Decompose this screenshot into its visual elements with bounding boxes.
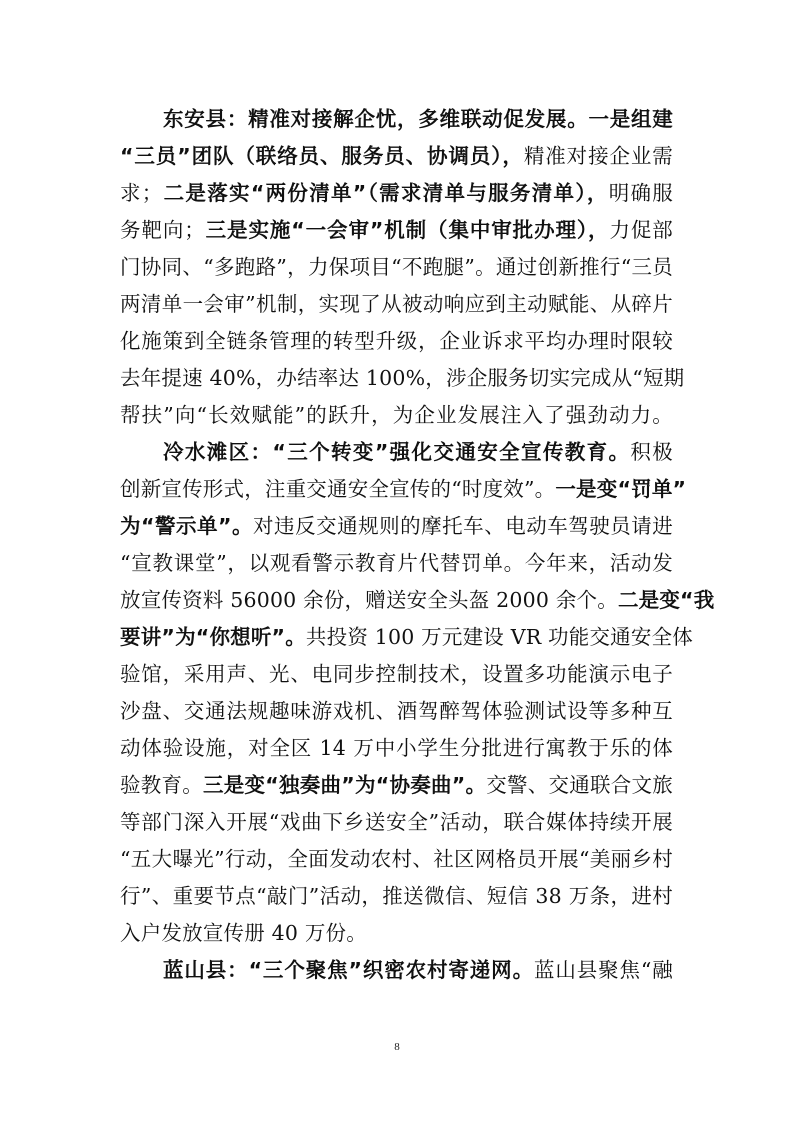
paragraph-2-line-11: 等部门深入开展“戏曲下乡送安全”活动，联合媒体持续开展 [120,804,673,841]
body-text: 化施策到全链条管理的转型升级，企业诉求平均办理时限较 [120,329,673,353]
document-page: 东安县：精准对接解企忧，多维联动促发展。一是组建 “三员”团队（联络员、服务员、… [0,0,793,1122]
paragraph-1-line-1: 东安县：精准对接解企忧，多维联动促发展。一是组建 [163,101,673,138]
body-text: “五大曝光”行动，全面发动农村、社区网格员开展“美丽乡村 [120,847,673,871]
bold-text: 一是变“罚单” [555,477,686,501]
bold-text: 为“警示单”。 [120,514,253,538]
body-text: 动体验设施，对全区 14 万中小学生分批进行寓教于乐的体 [120,736,673,760]
body-text: 对违反交通规则的摩托车、电动车驾驶员请进 [253,514,673,538]
paragraph-2-line-5: 放宣传资料 56000 余份，赠送安全头盔 2000 余个。二是变“我 [120,582,673,619]
paragraph-3-line-1: 蓝山县：“三个聚焦”织密农村寄递网。蓝山县聚焦“融 [163,952,673,989]
bold-text: “三个聚焦”织密农村寄递网。 [249,958,534,982]
bold-text: “三员”团队（联络员、服务员、协调员）， [120,144,524,168]
body-text: 明确服 [609,181,673,205]
body-text: 放宣传资料 56000 余份，赠送安全头盔 2000 余个。 [120,588,618,612]
body-text: 去年提速 40%，办结率达 100%，涉企服务切实完成从“短期 [120,366,684,390]
body-text: 门协同、“多跑路”，力保项目“不跑腿”。通过创新推行“三员 [120,255,673,279]
paragraph-2-line-8: 沙盘、交通法规趣味游戏机、酒驾醉驾体验测试设等多种互 [120,693,673,730]
body-text: 帮扶”向“长效赋能”的跃升，为企业发展注入了强劲动力。 [120,403,673,427]
paragraph-2-line-6: 要讲”为“你想听”。共投资 100 万元建设 VR 功能交通安全体 [120,619,673,656]
body-text: “宣教课堂”，以观看警示教育片代替罚单。今年来，活动发 [120,551,673,575]
paragraph-2-line-1: 冷水滩区：“三个转变”强化交通安全宣传教育。积极 [163,434,673,471]
paragraph-1-line-3: 求；二是落实“两份清单”（需求清单与服务清单），明确服 [120,175,673,212]
bold-text: 三是变“独奏曲”为“协奏曲”。 [203,773,486,797]
paragraph-1-line-5: 门协同、“多跑路”，力保项目“不跑腿”。通过创新推行“三员 [120,249,673,286]
body-text: 入户发放宣传册 40 万份。 [120,921,367,945]
body-text: 两清单一会审”机制，实现了从被动响应到主动赋能、从碎片 [120,292,673,316]
body-text: 共投资 100 万元建设 VR 功能交通安全体 [306,625,693,649]
body-text: 验馆，采用声、光、电同步控制技术，设置多功能演示电子 [120,662,673,686]
body-text: 行”、重要节点“敲门”活动，推送微信、短信 38 万条，进村 [120,884,673,908]
body-text: 蓝山县聚焦“融 [534,958,673,982]
body-text: 积极 [630,440,673,464]
paragraph-1-line-7: 化施策到全链条管理的转型升级，企业诉求平均办理时限较 [120,323,673,360]
body-text: 精准对接企业需 [524,144,673,168]
paragraph-2-line-3: 为“警示单”。对违反交通规则的摩托车、电动车驾驶员请进 [120,508,673,545]
bold-text: 精准对接解企忧，多维联动促发展。一是组建 [248,107,673,131]
paragraph-2-line-12: “五大曝光”行动，全面发动农村、社区网格员开展“美丽乡村 [120,841,673,878]
section-heading-lanshan: 蓝山县： [163,958,249,982]
body-text: 等部门深入开展“戏曲下乡送安全”活动，联合媒体持续开展 [120,810,673,834]
section-heading-lengshuitan: 冷水滩区： [163,440,272,464]
page-number: 8 [386,1041,408,1053]
body-text: 务靶向； [120,218,205,242]
section-heading-dongan: 东安县： [163,107,248,131]
paragraph-2-line-9: 动体验设施，对全区 14 万中小学生分批进行寓教于乐的体 [120,730,673,767]
body-text: 交警、交通联合文旅 [486,773,673,797]
bold-text: 二是落实“两份清单”（需求清单与服务清单）， [163,181,609,205]
bold-text: 要讲”为“你想听”。 [120,625,306,649]
body-text: 创新宣传形式，注重交通安全宣传的“时度效”。 [120,477,555,501]
body-text: 验教育。 [120,773,203,797]
paragraph-1-line-9: 帮扶”向“长效赋能”的跃升，为企业发展注入了强劲动力。 [120,397,673,434]
paragraph-1-line-2: “三员”团队（联络员、服务员、协调员），精准对接企业需 [120,138,673,175]
bold-text: “三个转变”强化交通安全宣传教育。 [272,440,630,464]
bold-text: 三是实施“一会审”机制（集中审批办理）， [205,218,610,242]
paragraph-1-line-6: 两清单一会审”机制，实现了从被动响应到主动赋能、从碎片 [120,286,673,323]
bold-text: 二是变“我 [618,588,714,612]
paragraph-2-line-13: 行”、重要节点“敲门”活动，推送微信、短信 38 万条，进村 [120,878,673,915]
paragraph-2-line-10: 验教育。三是变“独奏曲”为“协奏曲”。交警、交通联合文旅 [120,767,673,804]
paragraph-2-line-14: 入户发放宣传册 40 万份。 [120,915,673,952]
body-text: 力促部 [609,218,673,242]
paragraph-1-line-8: 去年提速 40%，办结率达 100%，涉企服务切实完成从“短期 [120,360,673,397]
paragraph-2-line-2: 创新宣传形式，注重交通安全宣传的“时度效”。一是变“罚单” [120,471,673,508]
paragraph-1-line-4: 务靶向；三是实施“一会审”机制（集中审批办理），力促部 [120,212,673,249]
paragraph-2-line-7: 验馆，采用声、光、电同步控制技术，设置多功能演示电子 [120,656,673,693]
body-text: 沙盘、交通法规趣味游戏机、酒驾醉驾体验测试设等多种互 [120,699,673,723]
body-text: 求； [120,181,163,205]
paragraph-2-line-4: “宣教课堂”，以观看警示教育片代替罚单。今年来，活动发 [120,545,673,582]
